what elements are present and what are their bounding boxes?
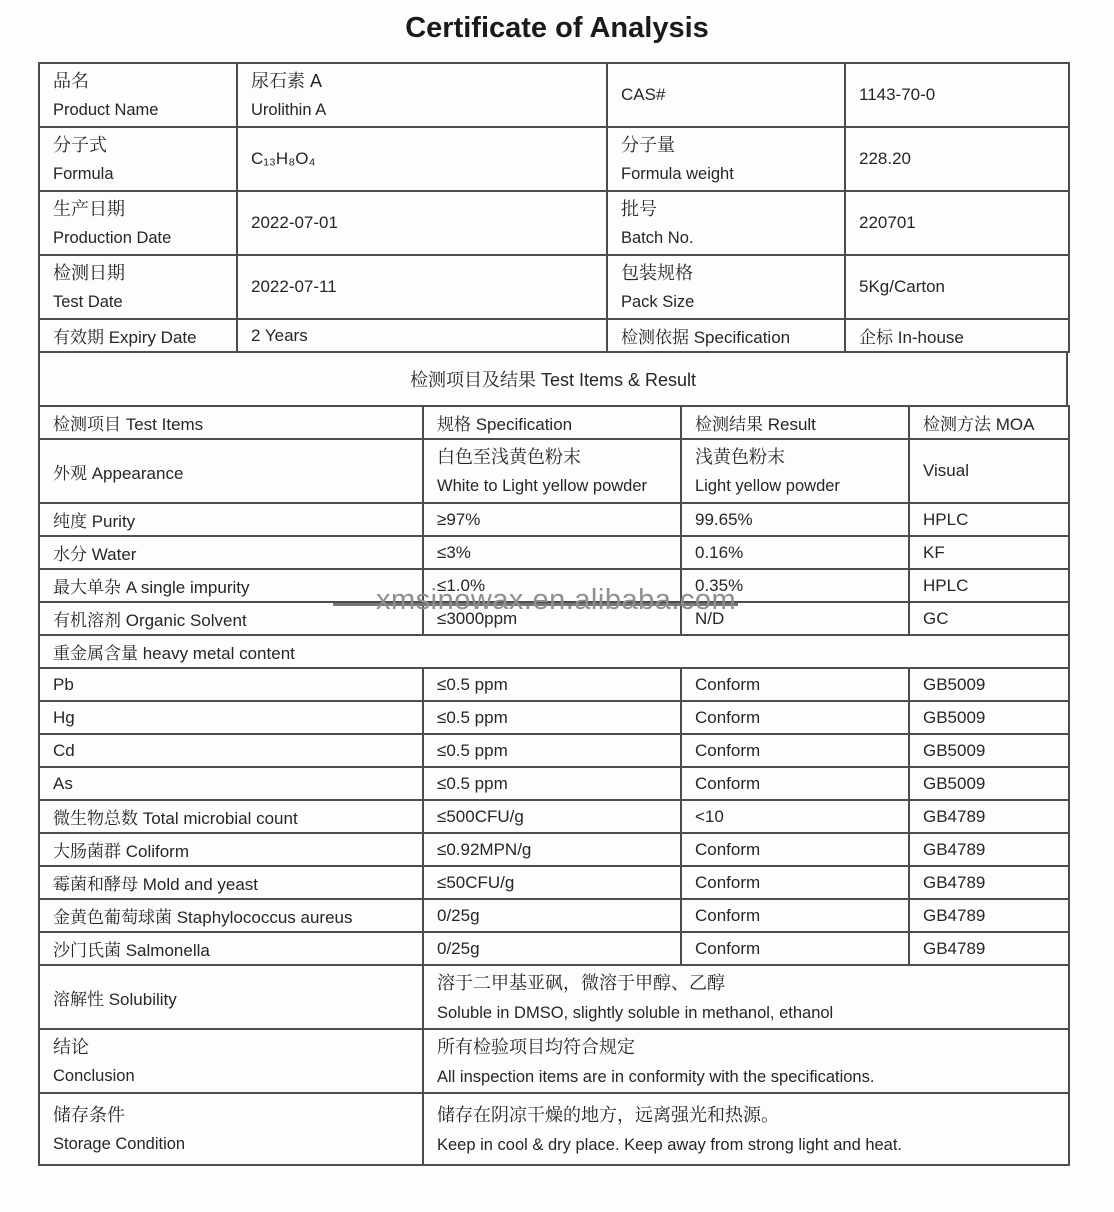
as-item: As xyxy=(39,767,423,800)
appearance-spec-en: White to Light yellow powder xyxy=(437,472,674,500)
mold-yeast-item: 霉菌和酵母 Mold and yeast xyxy=(39,866,423,899)
storage-value-cn: 储存在阴凉干燥的地方，远离强光和热源。 xyxy=(437,1099,1062,1131)
salmonella-moa: GB4789 xyxy=(909,932,1069,965)
organic-solvent-moa: GC xyxy=(909,602,1069,635)
coliform-item: 大肠菌群 Coliform xyxy=(39,833,423,866)
test-items-table: 检测项目 Test Items 规格 Specification 检测结果 Re… xyxy=(38,405,1070,1166)
storage-value-en: Keep in cool & dry place. Keep away from… xyxy=(437,1131,1062,1160)
single-impurity-spec: ≤1.0% xyxy=(423,569,681,602)
formula-label-cn: 分子式 xyxy=(53,131,230,160)
formula-label-en: Formula xyxy=(53,160,230,188)
product-name-value: 尿石素 A Urolithin A xyxy=(237,63,607,127)
row-staph: 金黄色葡萄球菌 Staphylococcus aureus 0/25g Conf… xyxy=(39,899,1069,932)
formula-weight-value: 228.20 xyxy=(845,127,1069,191)
coliform-moa: GB4789 xyxy=(909,833,1069,866)
mold-yeast-moa: GB4789 xyxy=(909,866,1069,899)
cd-item: Cd xyxy=(39,734,423,767)
row-storage: 储存条件 Storage Condition 储存在阴凉干燥的地方，远离强光和热… xyxy=(39,1093,1069,1165)
test-date-label: 检测日期 Test Date xyxy=(39,255,237,319)
solubility-label: 溶解性 Solubility xyxy=(39,965,423,1029)
row-water: 水分 Water ≤3% 0.16% KF xyxy=(39,536,1069,569)
salmonella-item: 沙门氏菌 Salmonella xyxy=(39,932,423,965)
row-hg: Hg ≤0.5 ppm Conform GB5009 xyxy=(39,701,1069,734)
organic-solvent-spec: ≤3000ppm xyxy=(423,602,681,635)
appearance-result-en: Light yellow powder xyxy=(695,472,902,500)
pb-moa: GB5009 xyxy=(909,668,1069,701)
single-impurity-item: 最大单杂 A single impurity xyxy=(39,569,423,602)
row-heavy-metal-header: 重金属含量 heavy metal content xyxy=(39,635,1069,668)
organic-solvent-result: N/D xyxy=(681,602,909,635)
formula-label: 分子式 Formula xyxy=(39,127,237,191)
staph-result: Conform xyxy=(681,899,909,932)
production-date-label: 生产日期 Production Date xyxy=(39,191,237,255)
row-production-date: 生产日期 Production Date 2022-07-01 批号 Batch… xyxy=(39,191,1069,255)
coliform-result: Conform xyxy=(681,833,909,866)
appearance-result-cn: 浅黄色粉末 xyxy=(695,443,902,472)
product-name-value-cn: 尿石素 A xyxy=(251,67,600,96)
row-solubility: 溶解性 Solubility 溶于二甲基亚砜，微溶于甲醇、乙醇 Soluble … xyxy=(39,965,1069,1029)
storage-value: 储存在阴凉干燥的地方，远离强光和热源。 Keep in cool & dry p… xyxy=(423,1093,1069,1165)
specification-label: 检测依据 Specification xyxy=(607,319,845,352)
conclusion-value-en: All inspection items are in conformity w… xyxy=(437,1063,1062,1092)
row-cd: Cd ≤0.5 ppm Conform GB5009 xyxy=(39,734,1069,767)
water-moa: KF xyxy=(909,536,1069,569)
storage-label: 储存条件 Storage Condition xyxy=(39,1093,423,1165)
pack-size-value: 5Kg/Carton xyxy=(845,255,1069,319)
row-pb: Pb ≤0.5 ppm Conform GB5009 xyxy=(39,668,1069,701)
header-result: 检测结果 Result xyxy=(681,406,909,439)
hg-spec: ≤0.5 ppm xyxy=(423,701,681,734)
specification-value: 企标 In-house xyxy=(845,319,1069,352)
purity-moa: HPLC xyxy=(909,503,1069,536)
product-name-label: 品名 Product Name xyxy=(39,63,237,127)
row-purity: 纯度 Purity ≥97% 99.65% HPLC xyxy=(39,503,1069,536)
salmonella-spec: 0/25g xyxy=(423,932,681,965)
header-moa: 检测方法 MOA xyxy=(909,406,1069,439)
test-date-label-en: Test Date xyxy=(53,288,230,316)
solubility-value: 溶于二甲基亚砜，微溶于甲醇、乙醇 Soluble in DMSO, slight… xyxy=(423,965,1069,1029)
product-name-label-cn: 品名 xyxy=(53,67,230,96)
solubility-value-cn: 溶于二甲基亚砜，微溶于甲醇、乙醇 xyxy=(437,967,1062,999)
cd-moa: GB5009 xyxy=(909,734,1069,767)
microbial-item: 微生物总数 Total microbial count xyxy=(39,800,423,833)
conclusion-value: 所有检验项目均符合规定 All inspection items are in … xyxy=(423,1029,1069,1093)
heavy-metal-header: 重金属含量 heavy metal content xyxy=(39,635,1069,668)
row-formula: 分子式 Formula C₁₃H₈O₄ 分子量 Formula weight 2… xyxy=(39,127,1069,191)
batch-no-label: 批号 Batch No. xyxy=(607,191,845,255)
row-test-date: 检测日期 Test Date 2022-07-11 包装规格 Pack Size… xyxy=(39,255,1069,319)
hg-result: Conform xyxy=(681,701,909,734)
row-test-header: 检测项目 Test Items 规格 Specification 检测结果 Re… xyxy=(39,406,1069,439)
cas-value: 1143-70-0 xyxy=(845,63,1069,127)
microbial-spec: ≤500CFU/g xyxy=(423,800,681,833)
microbial-result: <10 xyxy=(681,800,909,833)
cas-label: CAS# xyxy=(607,63,845,127)
water-result: 0.16% xyxy=(681,536,909,569)
certificate-page: Certificate of Analysis 品名 Product Name … xyxy=(0,0,1114,1212)
appearance-item: 外观 Appearance xyxy=(39,439,423,503)
appearance-moa: Visual xyxy=(909,439,1069,503)
hg-item: Hg xyxy=(39,701,423,734)
single-impurity-moa: HPLC xyxy=(909,569,1069,602)
formula-weight-label-cn: 分子量 xyxy=(621,131,838,160)
solubility-value-en: Soluble in DMSO, slightly soluble in met… xyxy=(437,999,1062,1028)
expiry-label: 有效期 Expiry Date xyxy=(39,319,237,352)
row-organic-solvent: 有机溶剂 Organic Solvent ≤3000ppm N/D GC xyxy=(39,602,1069,635)
appearance-result: 浅黄色粉末 Light yellow powder xyxy=(681,439,909,503)
test-date-value: 2022-07-11 xyxy=(237,255,607,319)
header-specification: 规格 Specification xyxy=(423,406,681,439)
row-appearance: 外观 Appearance 白色至浅黄色粉末 White to Light ye… xyxy=(39,439,1069,503)
as-result: Conform xyxy=(681,767,909,800)
row-product-name: 品名 Product Name 尿石素 A Urolithin A CAS# 1… xyxy=(39,63,1069,127)
row-single-impurity: 最大单杂 A single impurity ≤1.0% 0.35% HPLC xyxy=(39,569,1069,602)
conclusion-label-cn: 结论 xyxy=(53,1033,416,1062)
pb-item: Pb xyxy=(39,668,423,701)
certificate-sheet: 品名 Product Name 尿石素 A Urolithin A CAS# 1… xyxy=(38,62,1068,1166)
formula-weight-label: 分子量 Formula weight xyxy=(607,127,845,191)
appearance-spec-cn: 白色至浅黄色粉末 xyxy=(437,443,674,472)
purity-result: 99.65% xyxy=(681,503,909,536)
single-impurity-result: 0.35% xyxy=(681,569,909,602)
row-as: As ≤0.5 ppm Conform GB5009 xyxy=(39,767,1069,800)
product-name-label-en: Product Name xyxy=(53,96,230,124)
conclusion-label-en: Conclusion xyxy=(53,1062,416,1090)
row-salmonella: 沙门氏菌 Salmonella 0/25g Conform GB4789 xyxy=(39,932,1069,965)
staph-spec: 0/25g xyxy=(423,899,681,932)
row-coliform: 大肠菌群 Coliform ≤0.92MPN/g Conform GB4789 xyxy=(39,833,1069,866)
production-date-label-cn: 生产日期 xyxy=(53,195,230,224)
conclusion-label: 结论 Conclusion xyxy=(39,1029,423,1093)
as-spec: ≤0.5 ppm xyxy=(423,767,681,800)
organic-solvent-item: 有机溶剂 Organic Solvent xyxy=(39,602,423,635)
row-mold-yeast: 霉菌和酵母 Mold and yeast ≤50CFU/g Conform GB… xyxy=(39,866,1069,899)
water-spec: ≤3% xyxy=(423,536,681,569)
pb-spec: ≤0.5 ppm xyxy=(423,668,681,701)
row-expiry: 有效期 Expiry Date 2 Years 检测依据 Specificati… xyxy=(39,319,1069,352)
storage-label-en: Storage Condition xyxy=(53,1130,416,1158)
product-info-table: 品名 Product Name 尿石素 A Urolithin A CAS# 1… xyxy=(38,62,1070,353)
pack-size-label-cn: 包装规格 xyxy=(621,259,838,288)
mold-yeast-result: Conform xyxy=(681,866,909,899)
microbial-moa: GB4789 xyxy=(909,800,1069,833)
as-moa: GB5009 xyxy=(909,767,1069,800)
batch-no-value: 220701 xyxy=(845,191,1069,255)
production-date-value: 2022-07-01 xyxy=(237,191,607,255)
coliform-spec: ≤0.92MPN/g xyxy=(423,833,681,866)
formula-value: C₁₃H₈O₄ xyxy=(237,127,607,191)
header-test-items: 检测项目 Test Items xyxy=(39,406,423,439)
document-title: Certificate of Analysis xyxy=(0,12,1114,45)
row-microbial: 微生物总数 Total microbial count ≤500CFU/g <1… xyxy=(39,800,1069,833)
pb-result: Conform xyxy=(681,668,909,701)
purity-spec: ≥97% xyxy=(423,503,681,536)
pack-size-label: 包装规格 Pack Size xyxy=(607,255,845,319)
conclusion-value-cn: 所有检验项目均符合规定 xyxy=(437,1031,1062,1063)
batch-no-label-cn: 批号 xyxy=(621,195,838,224)
pack-size-label-en: Pack Size xyxy=(621,288,838,316)
section-header: 检测项目及结果 Test Items & Result xyxy=(38,353,1068,405)
product-name-value-en: Urolithin A xyxy=(251,96,600,124)
batch-no-label-en: Batch No. xyxy=(621,224,838,252)
production-date-label-en: Production Date xyxy=(53,224,230,252)
expiry-value: 2 Years xyxy=(237,319,607,352)
formula-weight-label-en: Formula weight xyxy=(621,160,838,188)
staph-item: 金黄色葡萄球菌 Staphylococcus aureus xyxy=(39,899,423,932)
mold-yeast-spec: ≤50CFU/g xyxy=(423,866,681,899)
water-item: 水分 Water xyxy=(39,536,423,569)
staph-moa: GB4789 xyxy=(909,899,1069,932)
row-conclusion: 结论 Conclusion 所有检验项目均符合规定 All inspection… xyxy=(39,1029,1069,1093)
purity-item: 纯度 Purity xyxy=(39,503,423,536)
appearance-spec: 白色至浅黄色粉末 White to Light yellow powder xyxy=(423,439,681,503)
storage-label-cn: 储存条件 xyxy=(53,1101,416,1130)
cd-spec: ≤0.5 ppm xyxy=(423,734,681,767)
hg-moa: GB5009 xyxy=(909,701,1069,734)
salmonella-result: Conform xyxy=(681,932,909,965)
cd-result: Conform xyxy=(681,734,909,767)
test-date-label-cn: 检测日期 xyxy=(53,259,230,288)
